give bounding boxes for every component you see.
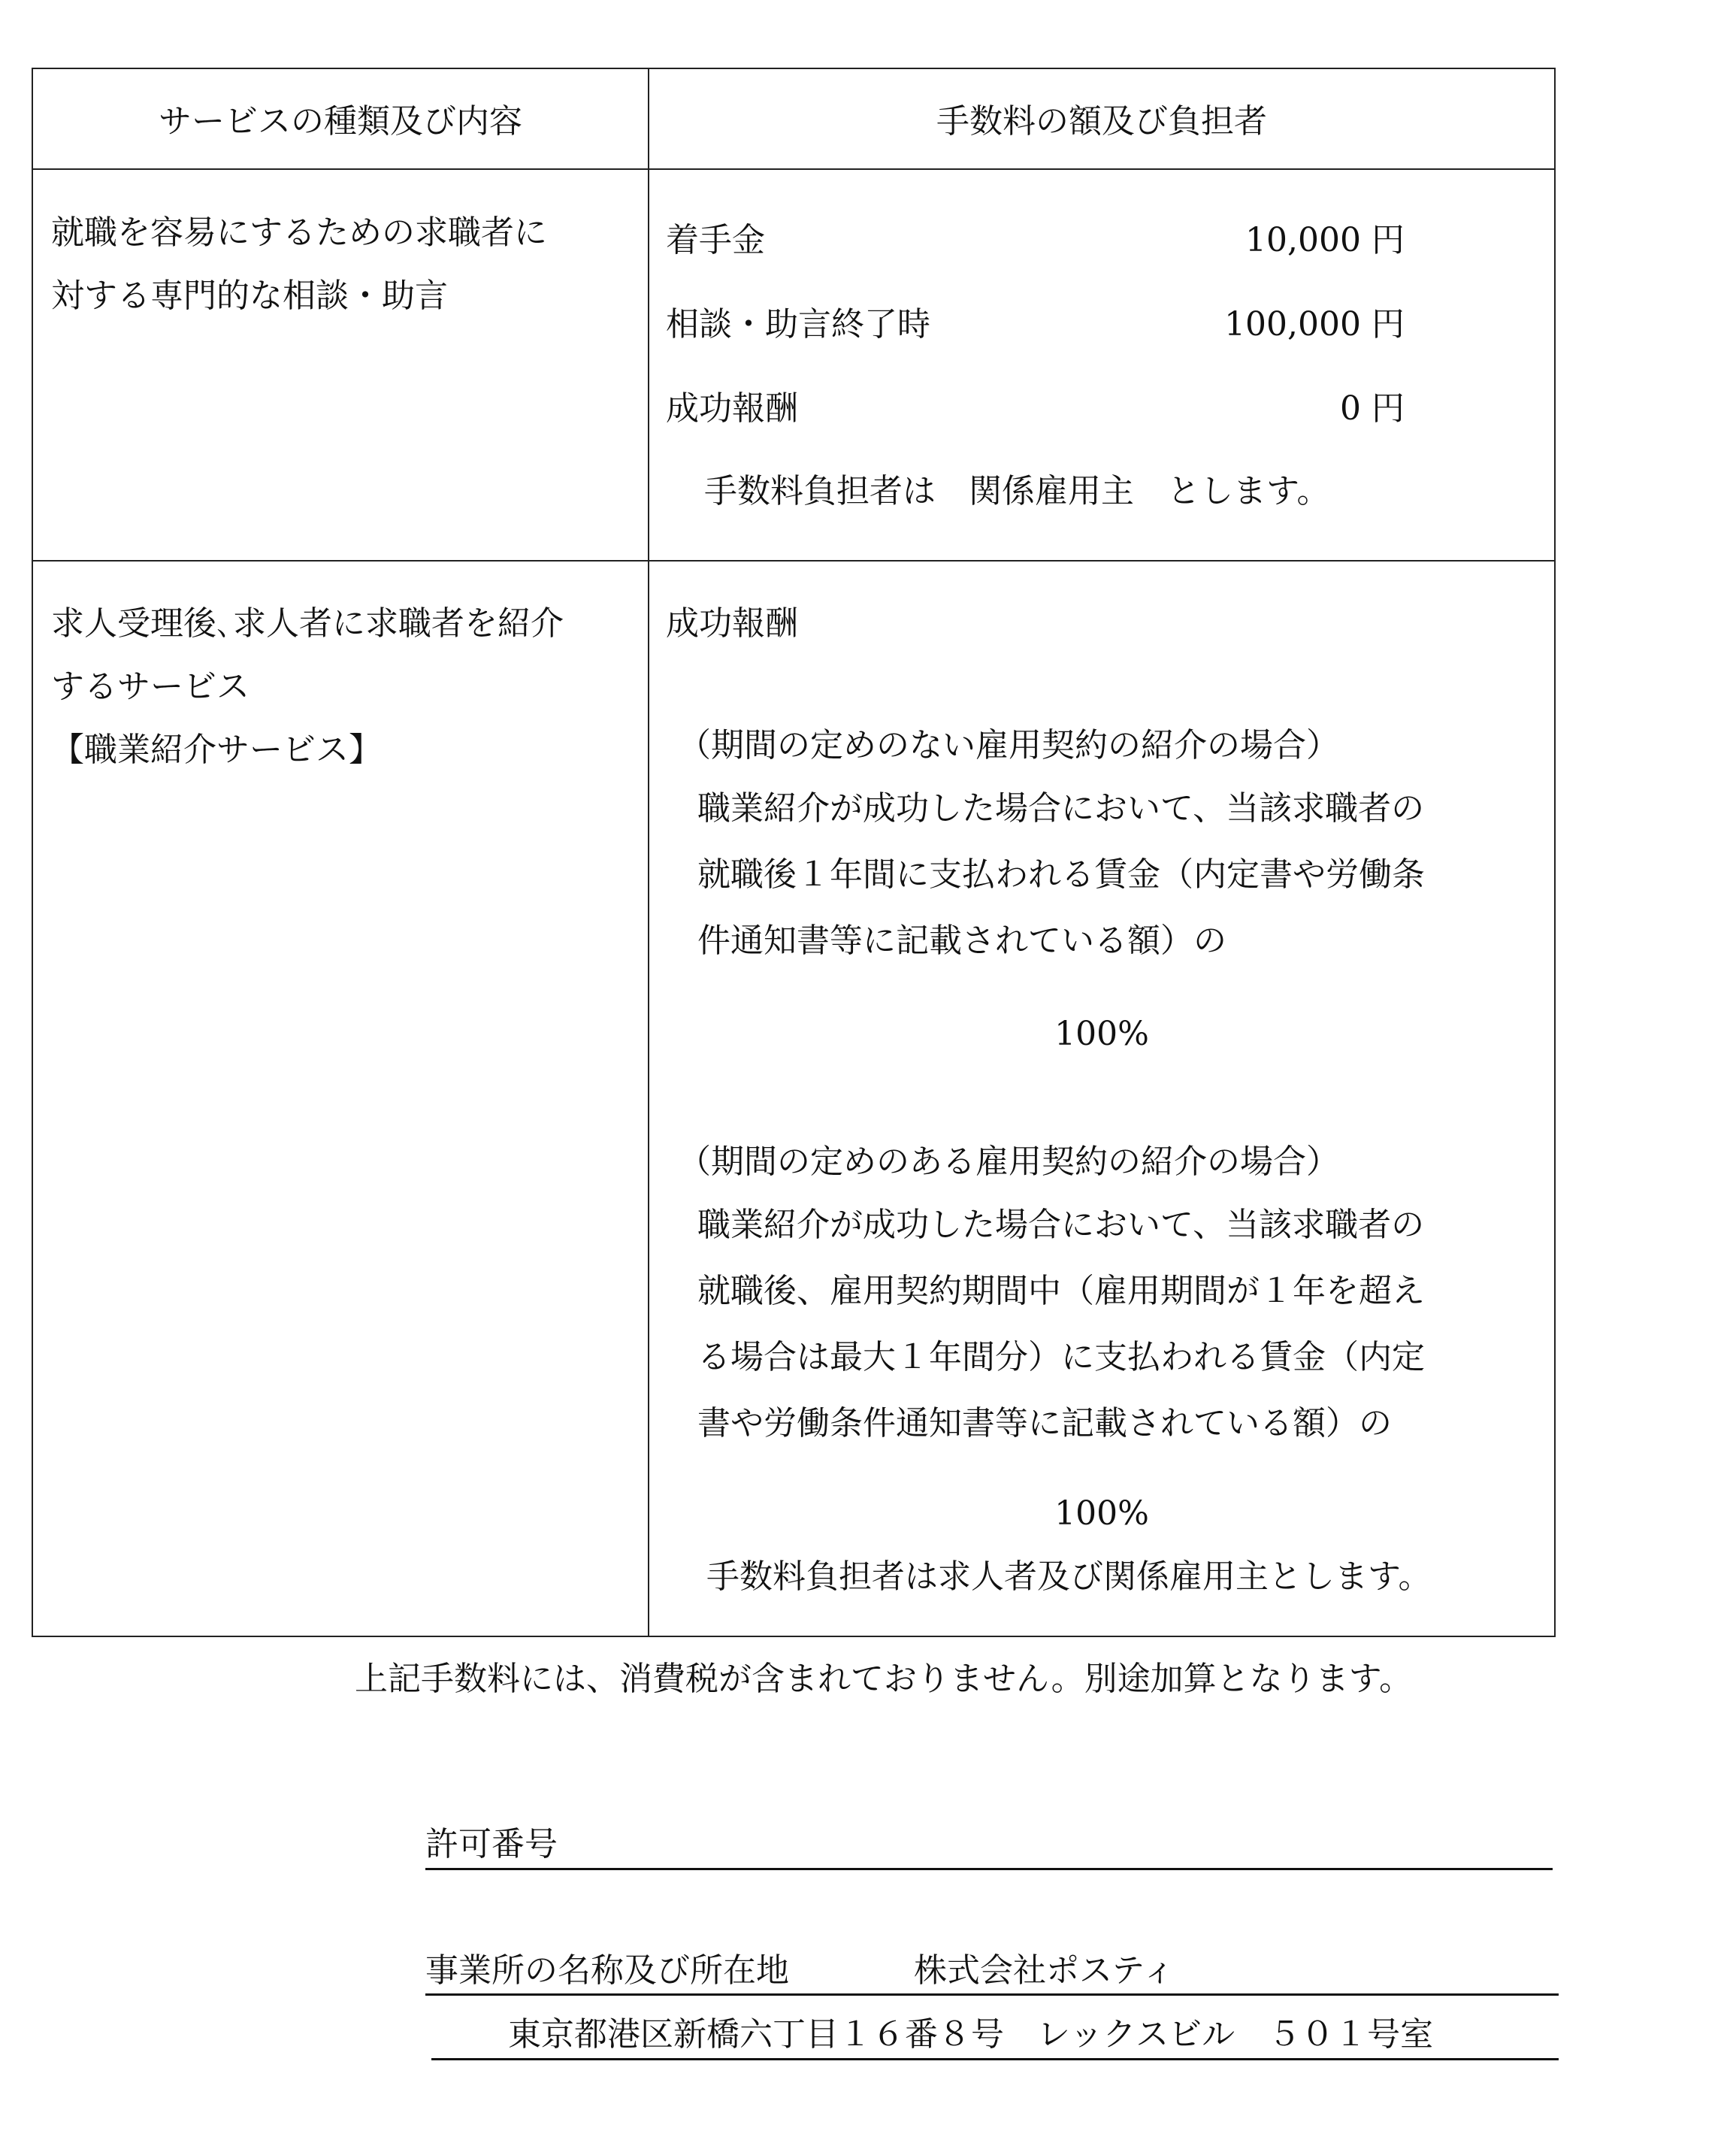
- fixed-term-line: 書や労働条件通知書等に記載されている額）の: [697, 1407, 1392, 1440]
- row2-fee-title: 成功報酬: [666, 607, 798, 640]
- office-underline: [425, 1993, 1559, 1996]
- row-divider: [33, 560, 1554, 562]
- office-address: 東京都港区新橋六丁目１６番８号 レックスビル ５０１号室: [508, 2018, 1433, 2051]
- tax-note: 上記手数料には、消費税が含まれておりません。別途加算となります。: [355, 1663, 1412, 1696]
- fee-amount-success: 0 円: [1010, 392, 1405, 425]
- row1-payer: 手数料負担者は 関係雇用主 とします。: [704, 475, 1329, 508]
- row2-service-line: するサービス: [51, 670, 250, 704]
- fee-table: サービスの種類及び内容 手数料の額及び負担者 就職を容易にするための求職者に 対…: [32, 68, 1556, 1637]
- address-underline: [431, 2058, 1559, 2060]
- office-label: 事業所の名称及び所在地: [425, 1954, 789, 1987]
- license-label: 許可番号: [425, 1828, 558, 1861]
- header-fee: 手数料の額及び負担者: [648, 105, 1556, 138]
- indefinite-heading: （期間の定めのない雇用契約の紹介の場合）: [678, 729, 1339, 762]
- fixed-term-heading: （期間の定めのある雇用契約の紹介の場合）: [678, 1146, 1339, 1179]
- row1-service-line: 対する専門的な相談・助言: [51, 280, 448, 313]
- indefinite-rate: 100%: [648, 1018, 1556, 1051]
- column-divider: [648, 69, 649, 1636]
- fixed-term-line: 就職後、雇用契約期間中（雇用期間が１年を超え: [697, 1275, 1425, 1308]
- fee-label-success: 成功報酬: [666, 392, 798, 425]
- row2-service-line: 【職業紹介サービス】: [51, 734, 382, 767]
- indefinite-line: 就職後１年間に支払われる賃金（内定書や労働条: [697, 858, 1425, 891]
- fixed-term-line: る場合は最大１年間分）に支払われる賃金（内定: [697, 1341, 1425, 1374]
- office-name: 株式会社ポスティ: [914, 1954, 1175, 1987]
- fixed-term-line: 職業紹介が成功した場合において、当該求職者の: [697, 1209, 1424, 1242]
- header-service: サービスの種類及び内容: [33, 105, 648, 138]
- row1-service-line: 就職を容易にするための求職者に: [51, 216, 547, 250]
- fee-amount-consult: 100,000 円: [1010, 308, 1405, 341]
- row2-payer: 手数料負担者は求人者及び関係雇用主とします。: [706, 1560, 1431, 1594]
- indefinite-line: 件通知書等に記載されている額）の: [697, 925, 1226, 958]
- fee-amount-retainer: 10,000 円: [1010, 224, 1405, 257]
- header-divider: [33, 168, 1554, 170]
- fee-label-consult: 相談・助言終了時: [666, 308, 930, 341]
- license-underline: [425, 1868, 1553, 1870]
- indefinite-line: 職業紹介が成功した場合において、当該求職者の: [697, 792, 1424, 825]
- fee-label-retainer: 着手金: [666, 224, 765, 257]
- row2-service-line: 求人受理後､求人者に求職者を紹介: [51, 607, 564, 640]
- fixed-term-rate: 100%: [648, 1497, 1556, 1530]
